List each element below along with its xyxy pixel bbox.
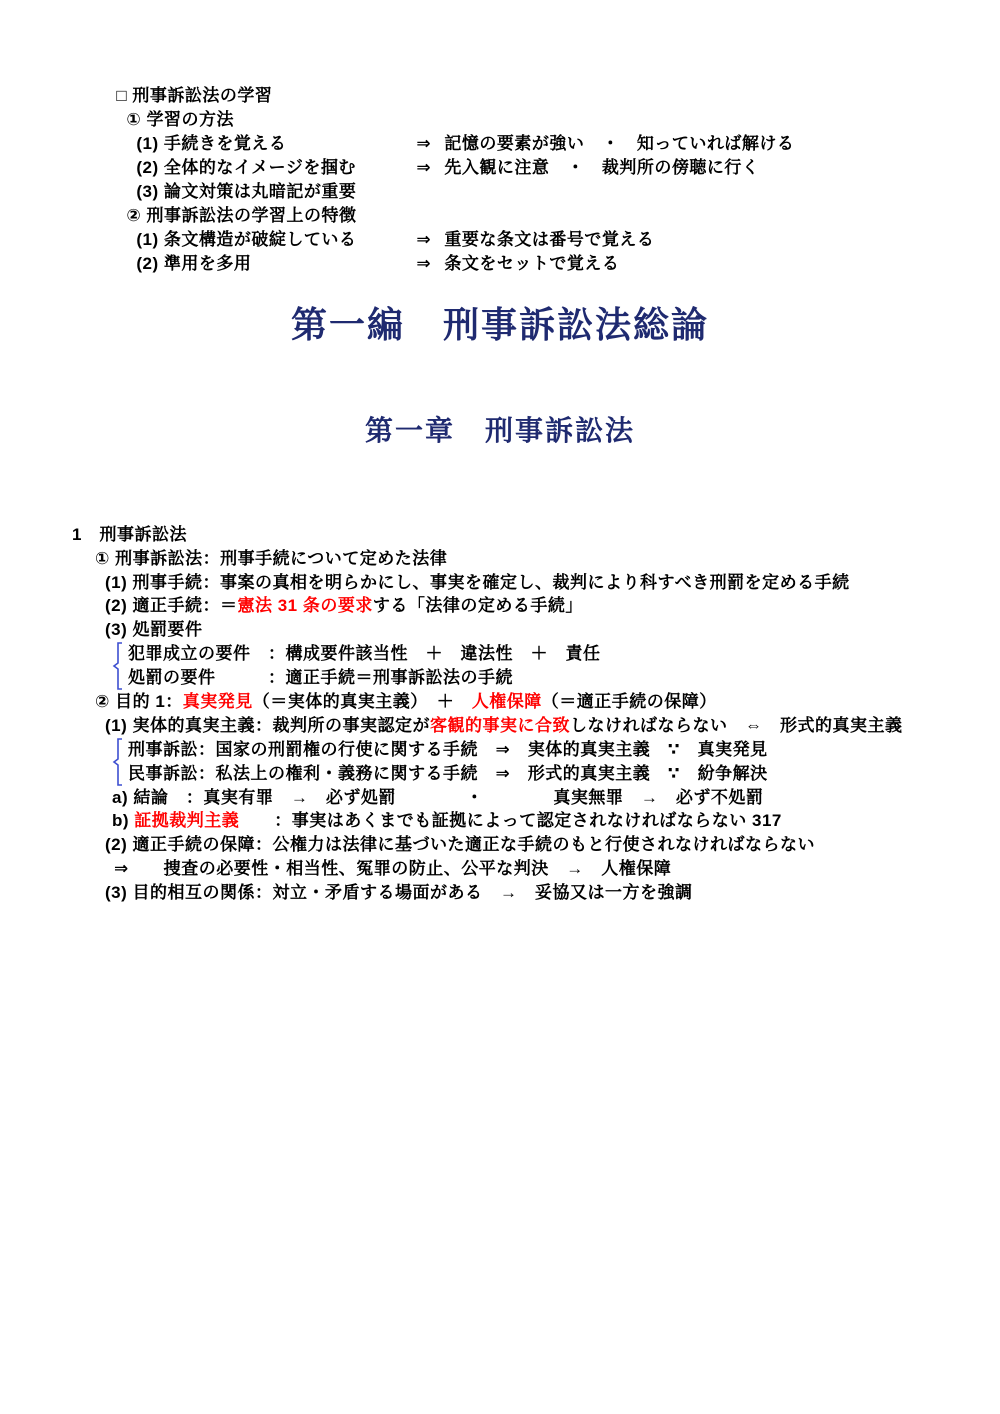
- brace-group: 刑事訴訟：国家の刑罰権の行使に関する手続 ⇒ 実体的真実主義 ∵ 真実発見 民事…: [0, 738, 1000, 786]
- body-line: (2) 適正手続の保障：公権力は法律に基づいた適正な手続のもと行使されなければな…: [0, 833, 1000, 857]
- text-segment: （＝適正手続の保障）: [542, 692, 717, 711]
- text-segment: (1) 刑事手続：事案の真相を明らかにし、事実を確定し、裁判により科すべき刑罰を…: [105, 573, 850, 592]
- note-right: 先入観に注意 ・ 裁判所の傍聴に行く: [444, 158, 759, 177]
- text-segment: 犯罪成立の要件 ：構成要件該当性 ＋ 違法性 ＋ 責任: [128, 644, 601, 663]
- note-right: 記憶の要素が強い ・ 知っていれば解ける: [444, 134, 794, 153]
- text-segment: 1 刑事訴訟法: [72, 525, 187, 544]
- text-segment: ② 目的 1：: [95, 692, 183, 711]
- body-line: (3) 処罰要件: [0, 618, 1000, 642]
- text-segment: (3) 目的相互の関係：対立・矛盾する場面がある → 妥協又は一方を強調: [105, 883, 693, 902]
- text-segment: (2) 適正手続：＝: [105, 596, 238, 615]
- left-brace-icon: [112, 642, 124, 690]
- note-left: (3) 論文対策は丸暗記が重要: [136, 182, 356, 201]
- body-line: (1) 刑事手続：事案の真相を明らかにし、事実を確定し、裁判により科すべき刑罰を…: [0, 571, 1000, 595]
- brace-rows: 犯罪成立の要件 ：構成要件該当性 ＋ 違法性 ＋ 責任 処罰の要件 ：適正手続＝…: [128, 642, 601, 690]
- body-line: (3) 目的相互の関係：対立・矛盾する場面がある → 妥協又は一方を強調: [0, 881, 1000, 905]
- body-line: ② 目的 1：真実発見（＝実体的真実主義） ＋ 人権保障（＝適正手続の保障）: [0, 690, 1000, 714]
- note-arrow: ⇒: [416, 156, 444, 180]
- text-segment: する「法律の定める手続」: [373, 596, 583, 615]
- document-page: □ 刑事訴訟法の学習 ① 学習の方法 (1) 手続きを覚える⇒記憶の要素が強い …: [0, 0, 1000, 1414]
- text-segment: (1) 実体的真実主義：裁判所の事実認定が: [105, 716, 430, 735]
- brace-rows: 刑事訴訟：国家の刑罰権の行使に関する手続 ⇒ 実体的真実主義 ∵ 真実発見 民事…: [128, 738, 768, 786]
- text-segment: しなければならない ⇔ 形式的真実主義: [570, 716, 903, 735]
- body-line: 犯罪成立の要件 ：構成要件該当性 ＋ 違法性 ＋ 責任: [128, 642, 601, 666]
- body-line: 処罰の要件 ：適正手続＝刑事訴訟法の手続: [128, 666, 601, 690]
- body-line: 民事訴訟：私法上の権利・義務に関する手続 ⇒ 形式的真実主義 ∵ 紛争解決: [128, 762, 768, 786]
- text-segment: 刑事訴訟：国家の刑罰権の行使に関する手続 ⇒ 実体的真実主義 ∵ 真実発見: [128, 740, 768, 759]
- text-segment: (2) 適正手続の保障：公権力は法律に基づいた適正な手続のもと行使されなければな…: [105, 835, 815, 854]
- text-segment: ⇒ 捜査の必要性・相当性、冤罪の防止、公平な判決 → 人権保障: [114, 859, 671, 878]
- body-line: (1) 実体的真実主義：裁判所の事実認定が客観的事実に合致しなければならない ⇔…: [0, 714, 1000, 738]
- note-line: □ 刑事訴訟法の学習: [0, 60, 1000, 84]
- highlighted-text: 人権保障: [472, 692, 542, 711]
- note-left: ① 学習の方法: [126, 110, 234, 129]
- text-segment: ① 刑事訴訟法：刑事手続について定めた法律: [95, 549, 447, 568]
- highlighted-text: 証拠裁判主義: [134, 811, 239, 830]
- note-left: (2) 準用を多用: [136, 252, 416, 276]
- note-left: ② 刑事訴訟法の学習上の特徴: [126, 206, 356, 225]
- chapter-heading: 第一章 刑事訴訟法: [0, 414, 1000, 448]
- body-line: ① 刑事訴訟法：刑事手続について定めた法律: [0, 547, 1000, 571]
- note-right: 条文をセットで覚える: [444, 254, 619, 273]
- note-arrow: ⇒: [416, 132, 444, 156]
- note-arrow: ⇒: [416, 228, 444, 252]
- body-line: a) 結論 ：真実有罪 → 必ず処罰 ・ 真実無罪 → 必ず不処罰: [0, 786, 1000, 810]
- highlighted-text: 真実発見: [183, 692, 253, 711]
- text-segment: 民事訴訟：私法上の権利・義務に関する手続 ⇒ 形式的真実主義 ∵ 紛争解決: [128, 764, 768, 783]
- body-line: (2) 適正手続：＝憲法 31 条の要求する「法律の定める手続」: [0, 594, 1000, 618]
- note-left: (1) 手続きを覚える: [136, 132, 416, 156]
- brace-group: 犯罪成立の要件 ：構成要件該当性 ＋ 違法性 ＋ 責任 処罰の要件 ：適正手続＝…: [0, 642, 1000, 690]
- text-segment: （＝実体的真実主義） ＋: [253, 692, 472, 711]
- highlighted-text: 憲法 31 条の要求: [238, 596, 373, 615]
- body-line: ⇒ 捜査の必要性・相当性、冤罪の防止、公平な判決 → 人権保障: [0, 857, 1000, 881]
- highlighted-text: 客観的事実に合致: [430, 716, 570, 735]
- section-title-line: 1 刑事訴訟法: [0, 523, 1000, 547]
- body-line: b) 証拠裁判主義 ：事実はあくまでも証拠によって認定されなければならない 31…: [0, 809, 1000, 833]
- note-left: □ 刑事訴訟法の学習: [116, 86, 272, 105]
- study-notes-section: □ 刑事訴訟法の学習 ① 学習の方法 (1) 手続きを覚える⇒記憶の要素が強い …: [0, 60, 1000, 252]
- text-segment: ：事実はあくまでも証拠によって認定されなければならない 317: [239, 811, 782, 830]
- note-arrow: ⇒: [416, 252, 444, 276]
- text-segment: 処罰の要件 ：適正手続＝刑事訴訟法の手続: [128, 668, 513, 687]
- note-left: (2) 全体的なイメージを掴む: [136, 156, 416, 180]
- body-line: 刑事訴訟：国家の刑罰権の行使に関する手続 ⇒ 実体的真実主義 ∵ 真実発見: [128, 738, 768, 762]
- text-segment: (3) 処罰要件: [105, 620, 203, 639]
- left-brace-icon: [112, 738, 124, 786]
- text-segment: b): [112, 811, 134, 830]
- text-segment: a) 結論 ：真実有罪 → 必ず処罰 ・ 真実無罪 → 必ず不処罰: [112, 788, 763, 807]
- note-right: 重要な条文は番号で覚える: [444, 230, 654, 249]
- chapter-body-section: 1 刑事訴訟法 ① 刑事訴訟法：刑事手続について定めた法律 (1) 刑事手続：事…: [0, 523, 1000, 905]
- note-left: (1) 条文構造が破綻している: [136, 228, 416, 252]
- part-heading: 第一編 刑事訴訟法総論: [0, 303, 1000, 347]
